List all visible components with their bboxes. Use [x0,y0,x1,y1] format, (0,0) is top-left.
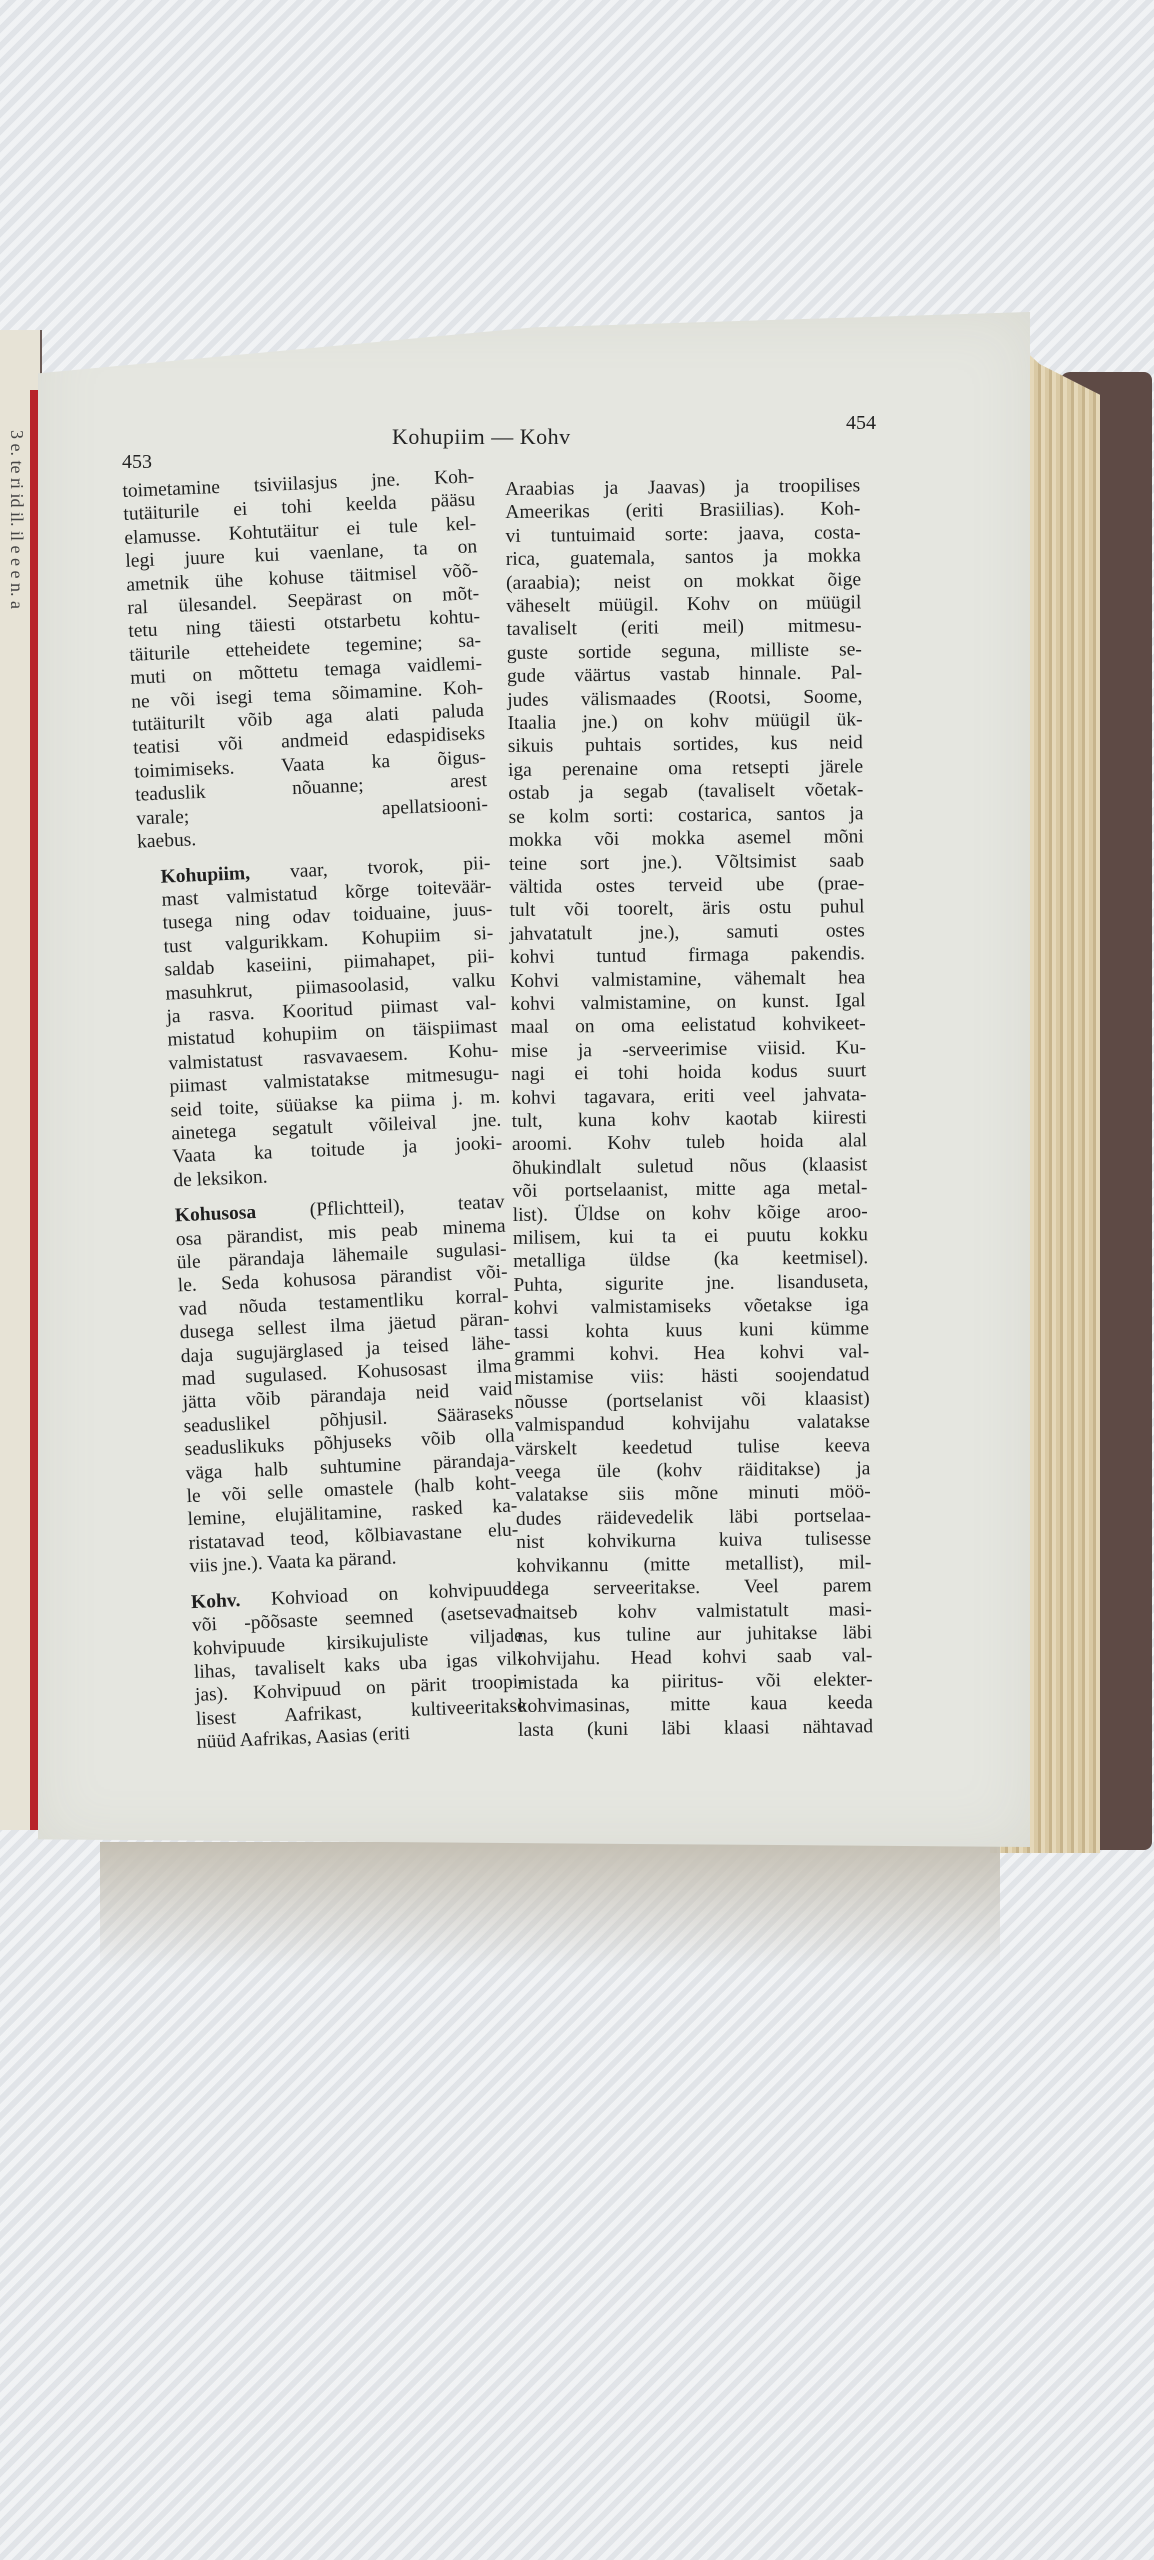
text-line: maal on oma eelistatud kohvikeet- [511,1013,866,1040]
entry-headword: Kohusosa [174,1202,256,1226]
red-page-edge [30,390,38,1830]
text-line: metalliga üldse (ka keetmisel). [513,1247,868,1274]
dictionary-entry: Kohv. Kohvioad on kohvipuudevõi -põõsast… [169,1577,528,1755]
entry-headword: Kohv. [191,1590,241,1613]
text-line: lega serveeritakse. Veel parem [517,1574,872,1601]
entry-headword: Kohupiim, [160,862,250,887]
text-line: tavaliselt (eriti meil) mitmesu- [506,615,861,642]
text-line: rica, guatemala, santos ja mokka [506,544,861,571]
text-line: sikuis puhtais sortides, kus neid [508,732,863,759]
text-line: aroomi. Kohv tuleb hoida alal [512,1130,867,1157]
text-line: Ameerikas (eriti Brasiilias). Koh- [505,498,860,525]
text-line: kohvimasinas, mitte kaua keeda [518,1691,873,1718]
text-line: ostab ja segab (tavaliselt võetak- [508,779,863,806]
entry-continuation: toimetamine tsiviilasjus jne. Koh-tutäit… [122,465,489,854]
right-text-column: Araabias ja Jaavas) ja troopilisesAmeeri… [505,474,873,1742]
running-head: Kohupiim — Kohv [392,424,571,450]
kohv-entry-continuation: Araabias ja Jaavas) ja troopilisesAmeeri… [505,474,873,1742]
text-line: mistamise viis: hästi soojendatud [514,1364,869,1391]
page-number-left: 453 [122,451,152,474]
text-line: nist kohvikurna kuiva tulisesse [516,1528,871,1555]
text-line: kohvi tuntud firmaga pakendis. [510,942,865,969]
text-line: valmispandud kohvijahu valatakse [515,1410,870,1437]
text-line: valatakse siis mõne minuti möö- [516,1481,871,1508]
dictionary-entry: Kohusosa (Pflichtteil), teatavosa pärand… [152,1191,519,1580]
text-line: lasta (kuni läbi klaasi nähtavad [518,1715,873,1742]
left-text-column: toimetamine tsiviilasjus jne. Koh-tutäit… [122,465,527,1755]
text-line: mokka või mokka asemel mõni [509,825,864,852]
page-number-right: 454 [846,412,876,435]
book-shadow [100,1842,1000,1972]
dictionary-entry: Kohupiim, vaar, tvorok, pii-mast valmist… [138,851,503,1193]
text-line: kohvi valmistamiseks võetakse iga [514,1293,869,1320]
text-line: tult või toorelt, äris ostu puhul [509,896,864,923]
text-line: kohvijahu. Head kohvi saab val- [517,1645,872,1672]
text-line: nagi ei tohi hoida kodus suurt [511,1059,866,1086]
text-line: gude väärtus vastab hinnale. Pal- [507,662,862,689]
text-line: või portselaanist, mitte aga metal- [512,1176,867,1203]
